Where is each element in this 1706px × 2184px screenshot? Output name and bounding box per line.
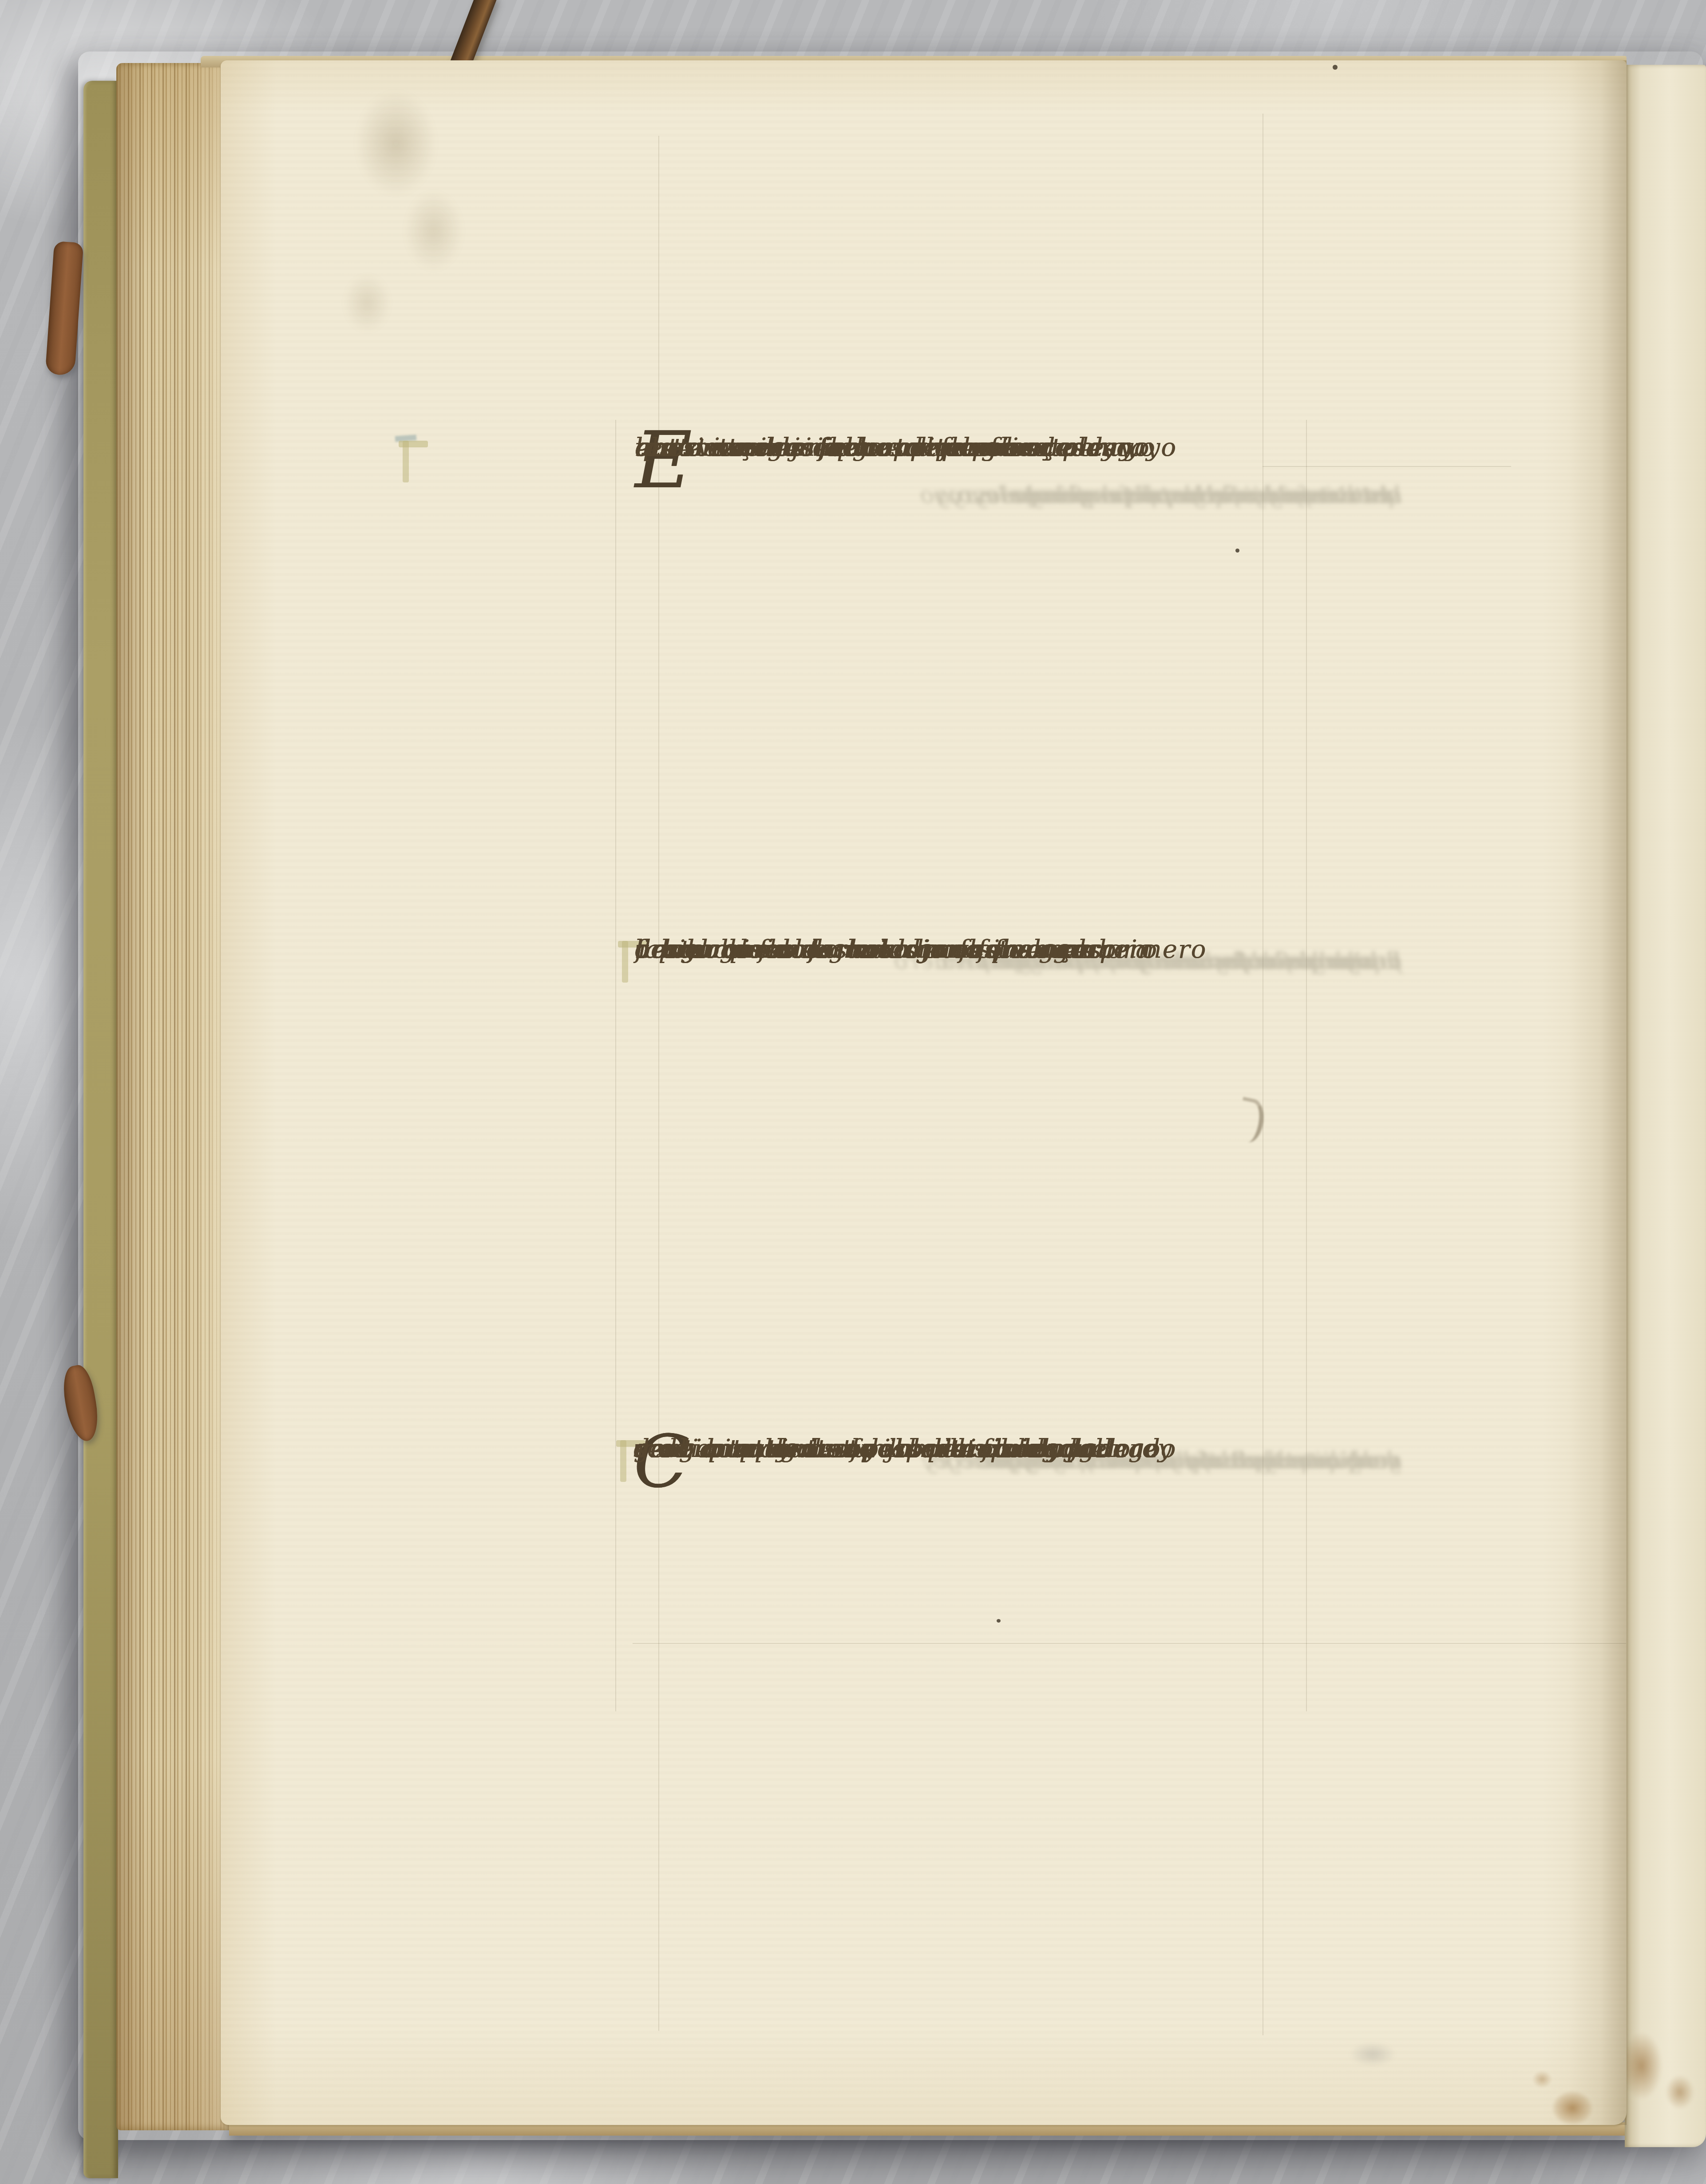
paragraph-mark-stem: [403, 441, 409, 482]
faded-foliation-smudge: [1337, 2033, 1408, 2075]
paragraph-mark: [399, 437, 431, 483]
page-edges-stack: [116, 63, 231, 2130]
showthrough-line: que viene la flama de esgrima de rayo: [920, 479, 1401, 512]
verse-line: sera con lo deste jamas oluidado: [633, 1433, 1094, 1465]
paragraph-mark-stem: [620, 1440, 626, 1482]
ruling-line-horizontal: [1263, 466, 1511, 467]
manuscript-page: ste los fechos del pobre pelayo reconosç…: [221, 60, 1627, 2125]
fold-stain: [1621, 2033, 1662, 2099]
fold-stain: [1666, 2075, 1694, 2109]
manuscript-photo: ste los fechos del pobre pelayo reconosç…: [0, 0, 1706, 2184]
ink-speck: [1333, 65, 1338, 70]
fingerprint-smudge: [274, 82, 496, 339]
book-cover-edge: [83, 81, 118, 2178]
verse-line: de moros con mano jamas vençedora: [635, 933, 1152, 966]
ink-speck: [1235, 549, 1239, 553]
ruling-line-vertical: [615, 420, 616, 1711]
verse-line: que viene la flama de esgrima de rayo: [635, 431, 1177, 464]
underlying-page-right: [1625, 65, 1706, 2147]
paragraph-mark-stem: [622, 941, 628, 983]
ink-speck: [997, 1619, 1001, 1623]
ruling-line-vertical: [1263, 114, 1263, 2035]
page-stain-bottom-right: [1519, 2055, 1608, 2135]
ruling-line-vertical: [1306, 420, 1307, 1711]
ruling-line-horizontal: [633, 1643, 1626, 1644]
page-fold-shadow: [1569, 60, 1627, 2125]
